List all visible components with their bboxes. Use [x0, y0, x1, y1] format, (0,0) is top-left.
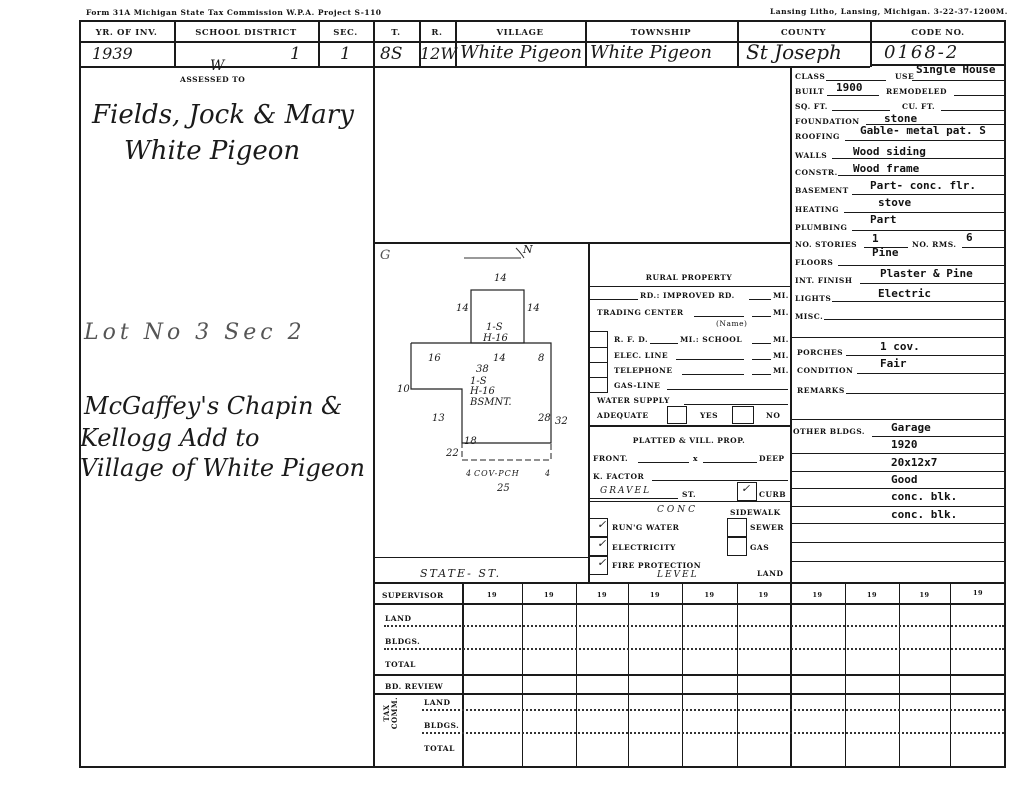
- dim-main-right-outer: 32: [555, 416, 568, 427]
- walls-value[interactable]: Wood siding: [853, 145, 926, 158]
- school-field[interactable]: [752, 343, 771, 344]
- mi-label: MI.: [773, 291, 789, 300]
- gas-checkbox[interactable]: [727, 537, 747, 556]
- floors-label: FLOORS: [795, 258, 833, 267]
- divider: [588, 501, 790, 502]
- elec-mi-field[interactable]: [752, 359, 771, 360]
- school-label: MI.: SCHOOL: [680, 335, 742, 344]
- land-value[interactable]: LEVEL: [657, 570, 699, 580]
- basement-value[interactable]: Part- conc. flr.: [870, 179, 976, 192]
- dim-main-top-left: 16: [428, 353, 441, 364]
- assessed-to-label: ASSESSED TO: [180, 75, 245, 84]
- rural-title: RURAL PROPERTY: [588, 273, 790, 282]
- platted-title: PLATTED & VILL. PROP.: [588, 436, 790, 445]
- year-col-6[interactable]: 19: [737, 591, 790, 599]
- telephone-field[interactable]: [682, 374, 744, 375]
- foundation-label: FOUNDATION: [795, 117, 860, 126]
- stories-label: NO. STORIES: [795, 240, 857, 249]
- floors-value[interactable]: Pine: [872, 246, 899, 259]
- divider: [950, 582, 951, 768]
- other-bldgs-underline: [872, 436, 1004, 437]
- divider: [522, 582, 523, 768]
- year-col-9[interactable]: 19: [899, 591, 950, 599]
- name-hint: (Name): [716, 319, 747, 328]
- assessed-name[interactable]: Fields, Jock & Mary: [92, 100, 354, 130]
- porches-value[interactable]: 1 cov.: [880, 340, 920, 353]
- divider: [682, 582, 683, 768]
- sketch-corner-mark: G: [380, 248, 390, 263]
- telephone-label: TELEPHONE: [614, 366, 673, 375]
- legal-desc-line1[interactable]: McGaffey's Chapin &: [84, 392, 342, 420]
- label-school-district: SCHOOL DISTRICT: [174, 28, 318, 38]
- roofing-label: ROOFING: [795, 132, 840, 141]
- sqft-label: SQ. FT.: [795, 102, 828, 111]
- sidewalk-value[interactable]: CONC: [657, 505, 698, 515]
- label-code-no: CODE NO.: [870, 28, 1006, 38]
- fire-protection-label: FIRE PROTECTION: [612, 561, 701, 570]
- label-village: VILLAGE: [455, 28, 585, 38]
- divider: [373, 693, 1006, 695]
- other-bldg-3[interactable]: 20x12x7: [891, 456, 937, 469]
- value-sec[interactable]: 1: [340, 44, 351, 64]
- divider: [790, 523, 1006, 524]
- rd-field[interactable]: [590, 299, 638, 300]
- label-sec: SEC.: [318, 28, 373, 38]
- gas-line-checkbox[interactable]: [588, 377, 608, 393]
- other-bldg-1[interactable]: Garage: [891, 421, 931, 434]
- walls-underline: [832, 158, 1004, 159]
- legal-desc-line3[interactable]: Village of White Pigeon: [80, 454, 365, 482]
- label-yr-of-inv: YR. OF INV.: [79, 28, 174, 38]
- plumbing-value[interactable]: Part: [870, 213, 897, 226]
- north-arrow-label: N: [523, 243, 533, 256]
- rfd-field[interactable]: [650, 343, 678, 344]
- constr-underline: [838, 175, 1004, 176]
- sewer-label: SEWER: [750, 523, 784, 532]
- divider: [79, 66, 870, 68]
- rfd-checkbox[interactable]: [588, 331, 608, 348]
- curb-check-mark: ✓: [741, 482, 750, 495]
- divider: [790, 506, 1006, 507]
- dim-upper-left: 14: [456, 303, 469, 314]
- dim-main-top: 38: [476, 364, 489, 375]
- gas-line-field[interactable]: [667, 389, 788, 390]
- lights-underline: [832, 301, 1004, 302]
- k-factor-field[interactable]: [652, 480, 788, 481]
- constr-label: CONSTR.: [795, 168, 838, 177]
- divider: [588, 286, 790, 287]
- year-col-2[interactable]: 19: [522, 591, 576, 599]
- use-value[interactable]: Single House: [916, 63, 995, 76]
- dim-upper-bottom: 14: [493, 353, 506, 364]
- mi-label: MI.: [773, 366, 789, 375]
- built-value[interactable]: 1900: [836, 81, 863, 94]
- rd-label: RD.: IMPROVED RD.: [640, 291, 735, 300]
- divider: [790, 471, 1006, 472]
- dim-main-top-right: 8: [538, 353, 544, 364]
- label-t: T.: [373, 28, 419, 38]
- st-label: ST.: [682, 490, 696, 499]
- divider: [790, 66, 792, 582]
- value-school-district[interactable]: 1: [290, 44, 301, 64]
- divider: [790, 561, 1006, 562]
- divider: [790, 453, 1006, 454]
- deep-label: DEEP: [759, 454, 785, 463]
- divider: [373, 557, 588, 558]
- tax-comm-land-label: LAND: [424, 698, 450, 707]
- lot-description[interactable]: Lot No 3 Sec 2: [84, 320, 306, 345]
- upper-room-note-2: H-16: [483, 333, 508, 344]
- supervisor-land-row[interactable]: [384, 625, 1004, 627]
- assessed-mark: W: [210, 58, 224, 74]
- value-code-no[interactable]: 0168-2: [884, 42, 959, 63]
- divider: [373, 603, 1006, 605]
- built-label: BUILT: [795, 87, 824, 96]
- adequate-label: ADEQUATE: [597, 411, 649, 420]
- running-water-check: ✓: [597, 518, 606, 531]
- remodeled-field[interactable]: [954, 95, 1004, 96]
- rooms-value[interactable]: 6: [966, 231, 973, 244]
- main-note-2: H-16: [470, 386, 495, 397]
- tax-comm-label: TAX COMM.: [383, 693, 399, 733]
- divider: [576, 582, 577, 768]
- value-r[interactable]: 12W: [420, 44, 457, 63]
- class-label: CLASS: [795, 72, 825, 81]
- divider: [845, 582, 846, 768]
- remarks-field[interactable]: [846, 393, 1004, 394]
- form-title: Form 31A Michigan State Tax Commission W…: [86, 8, 382, 17]
- year-col-7[interactable]: 19: [790, 591, 845, 599]
- condition-value[interactable]: Fair: [880, 357, 907, 370]
- built-underline: [827, 95, 879, 96]
- supervisor-bldgs-row[interactable]: [384, 648, 1004, 650]
- divider: [790, 582, 792, 768]
- curb-label: CURB: [759, 490, 786, 499]
- water-supply-field[interactable]: [684, 404, 788, 405]
- other-bldg-2[interactable]: 1920: [891, 438, 918, 451]
- roofing-underline: [845, 140, 1004, 141]
- dim-porch-left: 4: [466, 469, 471, 478]
- divider: [737, 582, 738, 768]
- divider: [790, 337, 1006, 338]
- cuft-field[interactable]: [941, 110, 1004, 111]
- dim-upper-top: 14: [494, 273, 507, 284]
- legal-desc-line2[interactable]: Kellogg Add to: [80, 424, 259, 452]
- dim-porch-bottom: 25: [497, 483, 510, 494]
- dim-inner-left: 18: [464, 436, 477, 447]
- remodeled-label: REMODELED: [886, 87, 947, 96]
- lights-label: LIGHTS: [795, 294, 831, 303]
- heating-value[interactable]: stove: [878, 196, 911, 209]
- value-township[interactable]: White Pigeon: [590, 42, 712, 63]
- other-bldgs-label: OTHER BLDGS.: [793, 427, 865, 436]
- year-col-4[interactable]: 19: [628, 591, 682, 599]
- stories-value[interactable]: 1: [872, 232, 879, 245]
- int-finish-value[interactable]: Plaster & Pine: [880, 267, 973, 280]
- lights-value[interactable]: Electric: [878, 287, 931, 300]
- value-county[interactable]: St Joseph: [746, 40, 842, 64]
- use-underline: [912, 80, 1004, 81]
- dim-upper-right: 14: [527, 303, 540, 314]
- deep-field[interactable]: [703, 462, 757, 463]
- year-col-10[interactable]: 19: [950, 589, 1006, 597]
- remarks-label: REMARKS: [797, 386, 845, 395]
- fire-protection-check: ✓: [597, 556, 606, 569]
- divider: [588, 425, 790, 427]
- divider: [790, 419, 1006, 420]
- upper-room-note-1: 1-S: [486, 322, 503, 333]
- water-supply-label: WATER SUPPLY: [597, 396, 670, 405]
- elec-line-label: ELEC. LINE: [614, 351, 668, 360]
- plumbing-underline: [852, 230, 1004, 231]
- basement-label: BASEMENT: [795, 186, 849, 195]
- int-finish-label: INT. FINISH: [795, 276, 852, 285]
- trading-mi-field[interactable]: [752, 316, 771, 317]
- dim-porch-right: 4: [545, 469, 550, 478]
- year-col-5[interactable]: 19: [682, 591, 737, 599]
- value-village[interactable]: White Pigeon: [460, 42, 582, 63]
- porches-underline: [846, 355, 1004, 356]
- street-label[interactable]: STATE- ST.: [420, 567, 501, 580]
- plumbing-label: PLUMBING: [795, 223, 847, 232]
- dim-step: 13: [432, 413, 445, 424]
- assessed-address[interactable]: White Pigeon: [124, 136, 300, 166]
- divider: [462, 582, 464, 768]
- adequate-no-checkbox[interactable]: [732, 406, 754, 424]
- label-county: COUNTY: [737, 28, 870, 38]
- porches-label: PORCHES: [797, 348, 843, 357]
- divider: [373, 582, 1006, 584]
- dim-main-left: 10: [397, 384, 410, 395]
- land-label: LAND: [757, 569, 783, 578]
- x-label: x: [693, 454, 698, 463]
- year-col-1[interactable]: 19: [462, 591, 522, 599]
- rooms-label: NO. RMS.: [912, 240, 956, 249]
- tax-comm-bldgs-row[interactable]: [422, 732, 1004, 734]
- divider: [790, 542, 1006, 543]
- printer-info: Lansing Litho, Lansing, Michigan. 3-22-3…: [770, 7, 1008, 16]
- gas-line-label: GAS-LINE: [614, 381, 660, 390]
- supervisor-total-label: TOTAL: [385, 660, 416, 669]
- elec-line-checkbox[interactable]: [588, 347, 608, 363]
- mi-label: MI.: [773, 308, 789, 317]
- front-field[interactable]: [638, 462, 689, 463]
- street-underline: [590, 498, 678, 499]
- porch-label: COV-PCH: [474, 469, 520, 478]
- supervisor-label: SUPERVISOR: [382, 591, 444, 600]
- floors-underline: [838, 265, 1004, 266]
- condition-underline: [857, 373, 1004, 374]
- heating-label: HEATING: [795, 205, 839, 214]
- constr-value[interactable]: Wood frame: [853, 162, 919, 175]
- roofing-value[interactable]: Gable- metal pat. S: [860, 124, 986, 137]
- mi-label: MI.: [773, 351, 789, 360]
- basement-underline: [852, 194, 1004, 195]
- dim-outer-left: 22: [446, 448, 459, 459]
- rd-mi-field[interactable]: [749, 299, 771, 300]
- adequate-yes-checkbox[interactable]: [667, 406, 687, 424]
- street-surface-value[interactable]: GRAVEL: [600, 486, 651, 496]
- yes-label: YES: [700, 411, 718, 420]
- telephone-mi-field[interactable]: [752, 374, 771, 375]
- other-bldg-6[interactable]: conc. blk.: [891, 508, 957, 521]
- sewer-checkbox[interactable]: [727, 518, 747, 537]
- walls-label: WALLS: [795, 151, 827, 160]
- tax-comm-total-label: TOTAL: [424, 744, 455, 753]
- misc-field[interactable]: [824, 319, 1004, 320]
- year-col-3[interactable]: 19: [576, 591, 628, 599]
- value-t[interactable]: 8S: [380, 44, 402, 64]
- misc-label: MISC.: [795, 312, 823, 321]
- divider: [899, 582, 900, 768]
- rfd-label: R. F. D.: [614, 335, 648, 344]
- value-yr-of-inv[interactable]: 1939: [92, 44, 133, 63]
- divider: [628, 582, 629, 768]
- supervisor-bldgs-label: BLDGS.: [385, 637, 420, 646]
- condition-label: CONDITION: [797, 366, 853, 375]
- mi-label: MI.: [773, 335, 789, 344]
- electricity-label: ELECTRICITY: [612, 543, 676, 552]
- divider: [373, 674, 1006, 676]
- label-township: TOWNSHIP: [585, 28, 737, 38]
- gas-label: GAS: [750, 543, 769, 552]
- electricity-check: ✓: [597, 537, 606, 550]
- year-col-8[interactable]: 19: [845, 591, 899, 599]
- tax-comm-land-row[interactable]: [422, 709, 1004, 711]
- other-bldg-5[interactable]: conc. blk.: [891, 490, 957, 503]
- rooms-underline: [962, 247, 1004, 248]
- trading-center-label: TRADING CENTER: [597, 308, 684, 317]
- divider: [790, 488, 1006, 489]
- tax-comm-bldgs-label: BLDGS.: [424, 721, 459, 730]
- dim-main-right: 28: [538, 413, 551, 424]
- sidewalk-label: SIDEWALK: [730, 508, 781, 517]
- running-water-label: RUN'G WATER: [612, 523, 679, 532]
- label-r: R.: [419, 28, 455, 38]
- front-label: FRONT.: [593, 454, 628, 463]
- main-note-3: BSMNT.: [470, 397, 512, 408]
- bd-review-label: BD. REVIEW: [385, 682, 443, 691]
- no-label: NO: [766, 411, 780, 420]
- elec-line-field[interactable]: [676, 359, 744, 360]
- telephone-checkbox[interactable]: [588, 362, 608, 378]
- sqft-field[interactable]: [832, 110, 890, 111]
- other-bldg-4[interactable]: Good: [891, 473, 918, 486]
- cuft-label: CU. FT.: [902, 102, 935, 111]
- k-factor-label: K. FACTOR: [593, 472, 644, 481]
- supervisor-land-label: LAND: [385, 614, 411, 623]
- int-finish-underline: [860, 283, 1004, 284]
- heating-underline: [844, 212, 1004, 213]
- trading-center-field[interactable]: [694, 316, 744, 317]
